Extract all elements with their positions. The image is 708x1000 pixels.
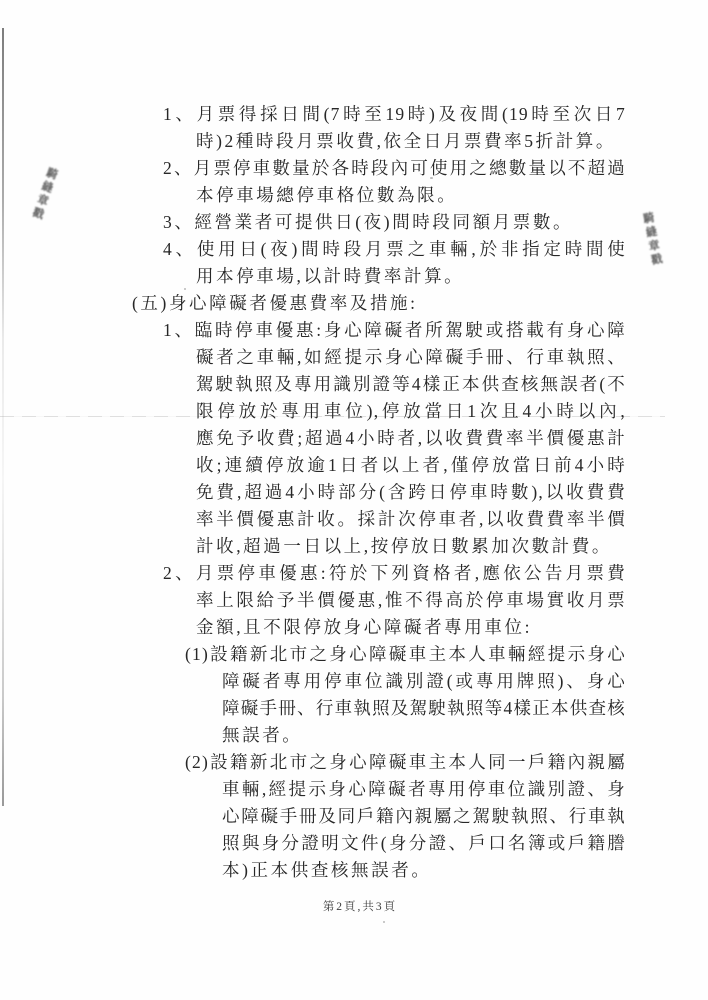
scan-edge-artifact (2, 28, 4, 806)
text-line: 率上限給予半價優惠,惟不得高於停車場實收月票 (196, 587, 626, 614)
scanned-document-page: 騎縫章戳 騎縫章戳 1、月票得採日間(7時至19時)及夜間(19時至次日7時)2… (0, 0, 708, 1000)
page-number: 第2頁,共3頁 (0, 898, 708, 914)
scan-speck (383, 921, 385, 923)
text-line: 率半價優惠計收。採計次停車者,以收費費率半價 (196, 506, 626, 533)
text-line: 3、經營業者可提供日(夜)間時段同額月票數。 (163, 209, 626, 236)
text-line: 計收,超過一日以上,按停放日數累加次數計費。 (196, 533, 626, 560)
seal-stamp-left: 騎縫章戳 (28, 165, 59, 222)
text-line: 駕駛執照及專用識別證等4樣正本供查核無誤者(不 (196, 371, 626, 398)
text-line: 本)正本供查核無誤者。 (222, 857, 626, 884)
text-line: 2、月票停車優惠:符於下列資格者,應依公告月票費 (163, 560, 626, 587)
text-line: 限停放於專用車位),停放當日1次且4小時以內, (196, 398, 626, 425)
text-line: (五)身心障礙者優惠費率及措施: (132, 290, 626, 317)
text-line: (1)設籍新北市之身心障礙車主本人車輛經提示身心 (185, 641, 626, 668)
text-line: 障礙者專用停車位識別證(或專用牌照)、身心 (222, 668, 626, 695)
text-line: 本停車場總停車格位數為限。 (196, 182, 626, 209)
text-line: 2、月票停車數量於各時段內可使用之總數量以不超過 (163, 155, 626, 182)
document-body: 1、月票得採日間(7時至19時)及夜間(19時至次日7時)2種時段月票收費,依全… (132, 101, 626, 884)
seal-stamp-right: 騎縫章戳 (640, 211, 663, 268)
text-line: 收;連續停放逾1日者以上者,僅停放當日前4小時 (196, 452, 626, 479)
text-line: 1、月票得採日間(7時至19時)及夜間(19時至次日7 (163, 101, 626, 128)
text-line: 無誤者。 (222, 722, 626, 749)
text-line: 1、臨時停車優惠:身心障礙者所駕駛或搭載有身心障 (163, 317, 626, 344)
scan-speck (184, 288, 186, 290)
text-line: 礙者之車輛,如經提示身心障礙手冊、行車執照、 (196, 344, 626, 371)
text-line: 應免予收費;超過4小時者,以收費費率半價優惠計 (196, 425, 626, 452)
text-line: 心障礙手冊及同戶籍內親屬之駕駛執照、行車執 (222, 803, 626, 830)
scan-speck (430, 177, 433, 179)
text-line: 4、使用日(夜)間時段月票之車輛,於非指定時間使 (163, 236, 626, 263)
text-line: (2)設籍新北市之身心障礙車主本人同一戶籍內親屬 (185, 749, 626, 776)
text-line: 免費,超過4小時部分(含跨日停車時數),以收費費 (196, 479, 626, 506)
text-line: 時)2種時段月票收費,依全日月票費率5折計算。 (196, 128, 626, 155)
text-line: 照與身分證明文件(身分證、戶口名簿或戶籍謄 (222, 830, 626, 857)
text-line: 車輛,經提示身心障礙者專用停車位識別證、身 (222, 776, 626, 803)
text-line: 金額,且不限停放身心障礙者專用車位: (196, 614, 626, 641)
text-line: 用本停車場,以計時費率計算。 (196, 263, 626, 290)
text-line: 障礙手冊、行車執照及駕駛執照等4樣正本供查核 (222, 695, 626, 722)
